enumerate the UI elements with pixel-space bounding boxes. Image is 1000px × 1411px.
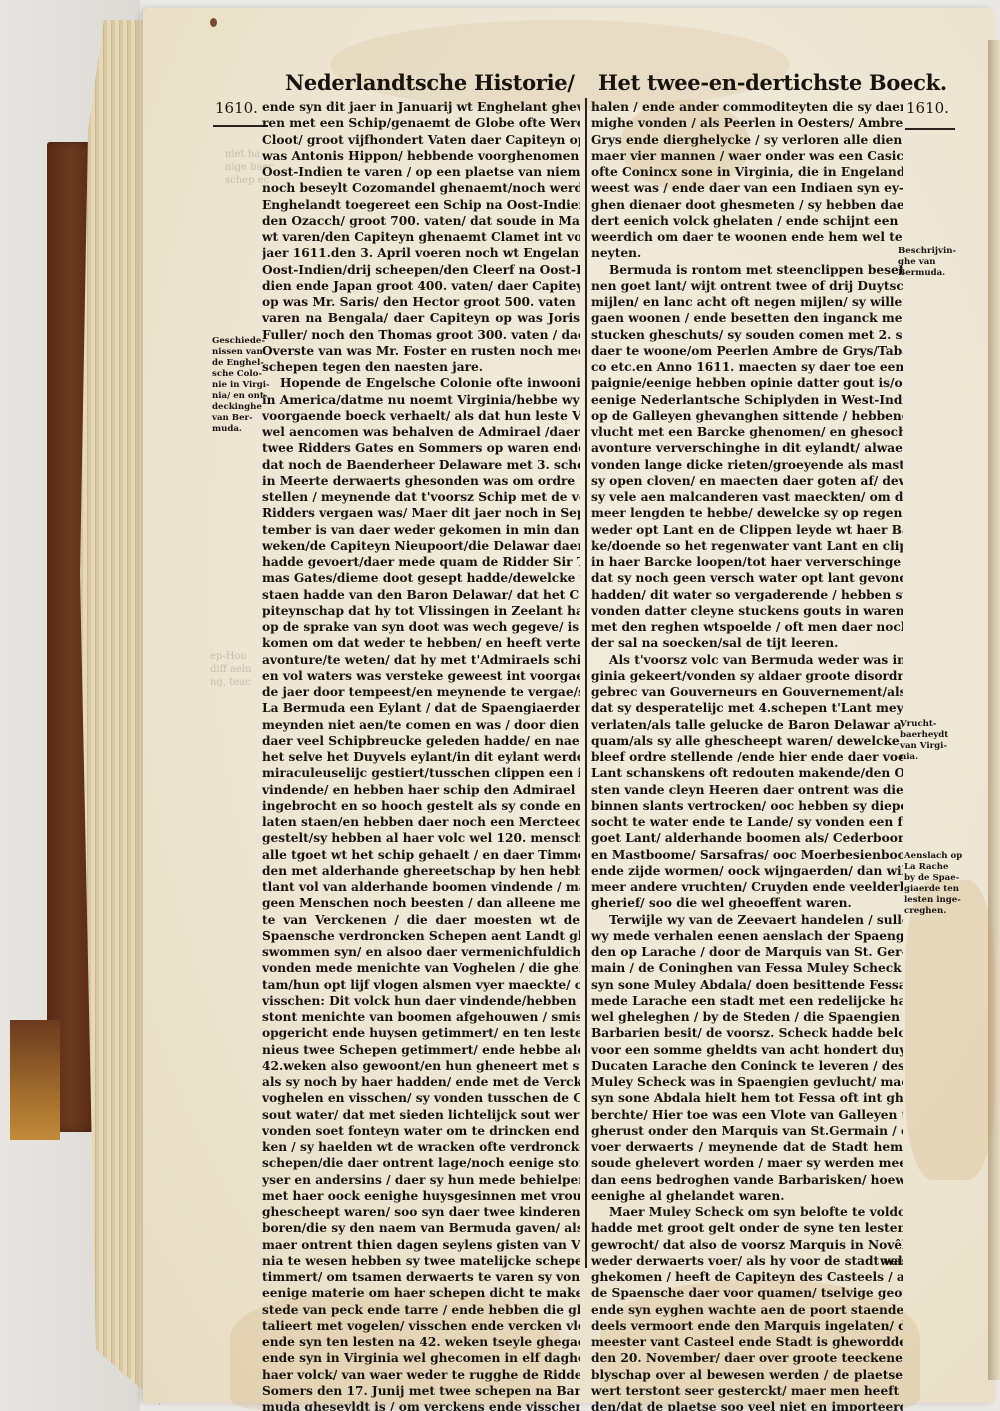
- text-line: haer volck/ van waer weder te rugghe de …: [262, 1367, 580, 1383]
- text-line: schepen tegen den naesten jare.: [262, 359, 580, 375]
- margin-note-line: ghe van: [898, 257, 956, 268]
- text-line: den/dat de plaetse soo veel niet en impo…: [591, 1399, 903, 1411]
- text-line: te van Verckenen / die daer moesten wt d…: [262, 912, 580, 928]
- ink-speck: [210, 18, 217, 27]
- text-line: ren met een Schip/genaemt de Globe ofte …: [262, 115, 580, 131]
- text-line: hadde gevoert/daer mede quam de Ridder S…: [262, 554, 580, 570]
- text-line: co etc.en Anno 1611. maecten sy daer toe…: [591, 359, 903, 375]
- text-line: syn sone Abdala hielt hem tot Fessa oft …: [591, 1090, 903, 1106]
- left-text-column: ende syn dit jaer in Januarij wt Enghela…: [262, 99, 580, 1411]
- text-line: den Ozacch/ groot 700. vaten/ dat soude …: [262, 213, 580, 229]
- text-line: maer vier mannen / waer onder was een Ca…: [591, 148, 903, 164]
- text-line: sout water/ dat met sieden lichtelijck s…: [262, 1107, 580, 1123]
- text-line: Oost-Indien/drij scheepen/den Cleerf na …: [262, 262, 580, 278]
- text-line: noch beseylt Cozomandel ghenaemt/noch we…: [262, 180, 580, 196]
- text-line: goet Lant/ alderhande boomen als/ Cederb…: [591, 830, 903, 846]
- margin-note-line: nie in Virgi-: [212, 380, 270, 391]
- text-line: de Spaensche daer voor quamen/ tselvige …: [591, 1285, 903, 1301]
- text-line: vindende/ en hebben haer schip den Admir…: [262, 782, 580, 798]
- text-line: weder opt Lant en de Clippen leyde wt ha…: [591, 522, 903, 538]
- page-gutter: [988, 40, 1000, 1380]
- text-line: op was Mr. Saris/ den Hector groot 500. …: [262, 294, 580, 310]
- text-line: dat sy noch geen versch water opt lant g…: [591, 570, 903, 586]
- text-line: Spaensche verdroncken Schepen aent Landt…: [262, 928, 580, 944]
- text-line: hadden/ dit water so vergaderende / hebb…: [591, 587, 903, 603]
- text-line: was Antonis Hippon/ hebbende voorghenome…: [262, 148, 580, 164]
- margin-note-line: muda.: [212, 424, 270, 435]
- text-line: tam/hun opt lijf vlogen alsmen vyer maec…: [262, 977, 580, 993]
- year-marker-left: 1610.: [215, 99, 258, 117]
- margin-note-larache-attack: Aenslach opLa Racheby de Spae-giaerde te…: [904, 851, 962, 917]
- text-line: mede Larache een stadt met een redelijck…: [591, 993, 903, 1009]
- text-line: Enghelandt toegereet een Schip na Oost-I…: [262, 197, 580, 213]
- year-marker-right: 1610.: [906, 99, 949, 117]
- text-line: voghelen en visschen/ sy vonden tusschen…: [262, 1090, 580, 1106]
- text-line: talieert met vogelen/ visschen ende verc…: [262, 1318, 580, 1334]
- text-line: hadde met groot gelt onder de syne ten l…: [591, 1220, 903, 1236]
- margin-note-line: by de Spae-: [904, 873, 962, 884]
- text-line: met den reghen wtspoelde / oft men daer …: [591, 619, 903, 635]
- running-head-right: Het twee-en-dertichste Boeck.: [598, 70, 947, 95]
- text-line: wy mede verhalen eenen aenslach der Spae…: [591, 928, 903, 944]
- text-line: wel aencomen was behalven de Admirael /d…: [262, 424, 580, 440]
- margin-note-line: de Enghel-: [212, 358, 270, 369]
- text-line: stucken gheschuts/ sy souden comen met 2…: [591, 327, 903, 343]
- text-line: swommen syn/ en alsoo daer vermenichfuld…: [262, 944, 580, 960]
- text-line: berchte/ Hier toe was een Vlote van Gall…: [591, 1107, 903, 1123]
- text-line: sy open cloven/ en maecten daer goten af…: [591, 473, 903, 489]
- text-line: meer lengden te hebbe/ dewelcke sy op re…: [591, 505, 903, 521]
- text-line: bleef ordre stellende /ende hier ende da…: [591, 749, 903, 765]
- text-line: nieus twee Schepen getimmert/ ende hebbe…: [262, 1042, 580, 1058]
- text-line: mijlen/ en lanc acht oft negen mijlen/ s…: [591, 294, 903, 310]
- text-line: soude ghelevert worden / maer sy werden …: [591, 1155, 903, 1171]
- text-line: alle tgoet wt het schip gehaelt / en dae…: [262, 847, 580, 863]
- text-line: Bermuda is rontom met steenclippen beset…: [591, 262, 903, 278]
- text-line: Fuller/ noch den Thomas groot 300. vaten…: [262, 327, 580, 343]
- margin-note-line: van Ber-: [212, 413, 270, 424]
- text-line: eenighe al ghelandet waren.: [591, 1188, 903, 1204]
- text-line: dert eenich volck ghelaten / ende schijn…: [591, 213, 903, 229]
- text-line: nia te wesen hebben sy twee matelijcke s…: [262, 1253, 580, 1269]
- text-line: gaen woonen / ende besetten den inganck …: [591, 310, 903, 326]
- text-line: yser en andersins / daer sy hun mede beh…: [262, 1172, 580, 1188]
- water-stain: [905, 880, 995, 1180]
- margin-note-line: Beschrijvin-: [898, 246, 956, 257]
- text-line: wert terstont seer gesterckt/ maer men h…: [591, 1383, 903, 1399]
- text-line: blyschap over al bewesen werden / de pla…: [591, 1367, 903, 1383]
- margin-note-bermuda-description: Beschrijvin-ghe vanBermuda.: [898, 246, 956, 279]
- text-line: varen na Bengala/ daer Capiteyn op was J…: [262, 310, 580, 326]
- text-line: in haer Barcke loopen/tot haer verversch…: [591, 554, 903, 570]
- text-line: Barbarien besit/ de voorsz. Scheck hadde…: [591, 1025, 903, 1041]
- text-line: dat sy desperatelijc met 4.schepen t'Lan…: [591, 700, 903, 716]
- text-line: in America/datme nu noemt Virginia/hebbe…: [262, 392, 580, 408]
- text-line: stellen / meynende dat t'voorsz Schip me…: [262, 489, 580, 505]
- text-line: deels vermoort ende den Marquis ingelate…: [591, 1318, 903, 1334]
- binding-corner: [10, 1020, 60, 1140]
- text-line: Lant schanskens oft redouten makende/den…: [591, 765, 903, 781]
- text-line: main / de Coninghen van Fessa Muley Sche…: [591, 960, 903, 976]
- text-line: jaer 1611.den 3. April voeren noch wt En…: [262, 245, 580, 261]
- margin-note-line: nia.: [900, 752, 948, 763]
- text-line: voorgaende boeck verhaelt/ als dat hun l…: [262, 408, 580, 424]
- text-line: voer derwaerts / meynende dat de Stadt h…: [591, 1139, 903, 1155]
- text-line: Grys ende dierghelycke / sy verloren all…: [591, 132, 903, 148]
- text-line: ginia gekeert/vonden sy aldaer groote di…: [591, 668, 903, 684]
- text-line: weken/de Capiteyn Nieupoort/die Delawar …: [262, 538, 580, 554]
- text-line: opgericht ende huysen getimmert/ en ten …: [262, 1025, 580, 1041]
- text-line: timmert/ om tsamen derwaerts te varen sy…: [262, 1269, 580, 1285]
- text-line: Cloot/ groot vijfhondert Vaten daer Capi…: [262, 132, 580, 148]
- margin-note-line: La Rache: [904, 862, 962, 873]
- text-line: als sy noch by haer hadden/ ende met de …: [262, 1074, 580, 1090]
- text-line: piteynschap dat hy tot Vlissingen in Zee…: [262, 603, 580, 619]
- right-text-column: halen / ende ander commoditeyten die sy …: [591, 99, 903, 1411]
- text-line: binnen slants vertrocken/ ooc hebben sy …: [591, 798, 903, 814]
- text-line: muda gheseyldt is / om verckens ende vis…: [262, 1399, 580, 1411]
- text-line: quam/als sy alle ghescheept waren/ dewel…: [591, 733, 903, 749]
- text-line: en vol waters was versteke geweest int v…: [262, 668, 580, 684]
- text-line: vonden soet fonteyn water om te drincken…: [262, 1123, 580, 1139]
- margin-note-line: baerheydt: [900, 730, 948, 741]
- margin-note-line: Bermuda.: [898, 268, 956, 279]
- text-line: nen goet lant/ wijt ontrent twee of drij…: [591, 278, 903, 294]
- text-line: ende syn eyghen wachte aen de poort stae…: [591, 1302, 903, 1318]
- text-line: vonden mede menichte van Voghelen / die …: [262, 960, 580, 976]
- text-line: den 20. November/ daer over groote teeck…: [591, 1350, 903, 1366]
- text-line: Hopende de Engelsche Colonie ofte inwoon…: [262, 375, 580, 391]
- text-line: meester vant Casteel ende Stadt is ghewo…: [591, 1334, 903, 1350]
- text-line: weerdich om daer te woonen ende hem wel …: [591, 229, 903, 245]
- margin-note-virginia-fruitfulness: Vrucht-baerheydtvan Virgi-nia.: [900, 719, 948, 763]
- margin-note-english-colony: Geschiede-nissen vande Enghel-sche Colo-…: [212, 336, 270, 435]
- text-line: twee Ridders Gates en Sommers op waren e…: [262, 440, 580, 456]
- text-line: in Meerte derwaerts ghesonden was om ord…: [262, 473, 580, 489]
- text-line: op de sprake van syn doot was wech gegev…: [262, 619, 580, 635]
- text-line: den met alderhande ghereetschap by hen h…: [262, 863, 580, 879]
- text-line: ende syn in Virginia wel ghecomen in elf…: [262, 1350, 580, 1366]
- text-line: den op Larache / door de Marquis van St.…: [591, 944, 903, 960]
- text-line: ende syn dit jaer in Januarij wt Enghela…: [262, 99, 580, 115]
- text-line: stont menichte van boomen afgehouwen / s…: [262, 1009, 580, 1025]
- text-line: visschen: Dit volck hun daer vindende/he…: [262, 993, 580, 1009]
- text-line: 42.weken also gewoont/en hun gheneert me…: [262, 1058, 580, 1074]
- column-divider: [585, 98, 587, 1268]
- margin-note-line: deckinghe: [212, 402, 270, 413]
- text-line: gebrec van Gouverneurs en Gouvernement/a…: [591, 684, 903, 700]
- header-rule-right: [905, 128, 955, 130]
- text-line: dan eens bedroghen vande Barbarisken/ ho…: [591, 1172, 903, 1188]
- text-line: gherust onder den Marquis van St.Germain…: [591, 1123, 903, 1139]
- text-line: tember is van daer weder gekomen in min …: [262, 522, 580, 538]
- text-line: en Mastboome/ Sarsafras/ ooc Moerbesienb…: [591, 847, 903, 863]
- text-line: Ducaten Larache den Coninck te leveren /…: [591, 1058, 903, 1074]
- catchword: wel: [880, 1254, 903, 1268]
- text-line: mas Gates/dieme doot gesept hadde/dewelc…: [262, 570, 580, 586]
- margin-note-line: nissen van: [212, 347, 270, 358]
- text-line: maer ontrent thien dagen seylens gisten …: [262, 1237, 580, 1253]
- margin-note-line: giaerde ten: [904, 884, 962, 895]
- text-line: de jaer door tempeest/en meynende te ver…: [262, 684, 580, 700]
- text-line: het selve het Duyvels eylant/in dit eyla…: [262, 749, 580, 765]
- text-line: geen Menschen noch beesten / dan alleene…: [262, 895, 580, 911]
- text-line: ghescheept waren/ soo syn daer twee kind…: [262, 1204, 580, 1220]
- text-line: staen hadde van den Baron Delawar/ dat h…: [262, 587, 580, 603]
- text-line: ke/doende so het regenwater vant Lant en…: [591, 538, 903, 554]
- water-stain: [330, 20, 790, 110]
- text-line: wel gheleghen / by de Steden / die Spaen…: [591, 1009, 903, 1025]
- text-line: Muley Scheck was in Spaengien gevlucht/ …: [591, 1074, 903, 1090]
- text-line: Oost-Indien te varen / op een plaetse va…: [262, 164, 580, 180]
- running-head-left: Nederlandtsche Historie/: [285, 70, 575, 95]
- text-line: weest was / ende daer van een Indiaen sy…: [591, 180, 903, 196]
- text-line: gherief/ soo die wel gheoeffent waren.: [591, 895, 903, 911]
- text-line: avonture ververschinghe in dit eylandt/ …: [591, 440, 903, 456]
- text-line: vonden datter cleyne stuckens gouts in w…: [591, 603, 903, 619]
- text-line: ken / sy haelden wt de wracken ofte verd…: [262, 1139, 580, 1155]
- text-line: La Bermuda een Eylant / dat de Spaengiae…: [262, 700, 580, 716]
- text-line: neyten.: [591, 245, 903, 261]
- text-line: ghen dienaer doot ghesmeten / sy hebben …: [591, 197, 903, 213]
- text-line: tlant vol van alderhande boomen vindende…: [262, 879, 580, 895]
- margin-note-line: lesten inge-: [904, 895, 962, 906]
- text-line: gestelt/sy hebben al haer volc wel 120. …: [262, 830, 580, 846]
- text-line: meer andere vruchten/ Cruyden ende veeld…: [591, 879, 903, 895]
- text-line: boren/die sy den naem van Bermuda gaven/…: [262, 1220, 580, 1236]
- text-line: stede van peck ende tarre / ende hebben …: [262, 1302, 580, 1318]
- text-line: op de Galleyen ghevanghen sittende / heb…: [591, 408, 903, 424]
- margin-note-line: nia/ en ont-: [212, 391, 270, 402]
- text-line: sy vele aen malcanderen vast maeckten/ o…: [591, 489, 903, 505]
- text-line: paignie/eenige hebben opinie datter gout…: [591, 375, 903, 391]
- text-line: weder derwaerts voer/ als hy voor de sta…: [591, 1253, 903, 1269]
- text-line: miraculeuselijc gestiert/tusschen clippe…: [262, 765, 580, 781]
- text-line: wt varen/den Capiteyn ghenaemt Clamet in…: [262, 229, 580, 245]
- text-line: socht te water ende te Lande/ sy vonden …: [591, 814, 903, 830]
- text-line: syn sone Muley Abdala/ doen besittende F…: [591, 977, 903, 993]
- text-line: eenige Nederlantsche Schiplyden in West-…: [591, 392, 903, 408]
- text-line: komen om dat weder te hebben/ en heeft v…: [262, 635, 580, 651]
- margin-note-line: Geschiede-: [212, 336, 270, 347]
- text-line: vonden lange dicke rieten/groeyende als …: [591, 457, 903, 473]
- text-line: meynden niet aen/te comen en was / door …: [262, 717, 580, 733]
- text-line: schepen/die daer ontrent lage/noch eenig…: [262, 1155, 580, 1171]
- text-line: ende syn ten lesten na 42. weken tseyle …: [262, 1334, 580, 1350]
- margin-note-line: creghen.: [904, 906, 962, 917]
- text-line: Maer Muley Scheck om syn belofte te vold…: [591, 1204, 903, 1220]
- text-line: laten staen/en hebben daer noch een Merc…: [262, 814, 580, 830]
- text-line: ofte Conincx sone in Virginia, die in En…: [591, 164, 903, 180]
- text-line: daer veel Schipbreucke geleden hadde/ en…: [262, 733, 580, 749]
- text-line: avonture/te weten/ dat hy met t'Admirael…: [262, 652, 580, 668]
- text-line: dien ende Japan groot 400. vaten/ daer C…: [262, 278, 580, 294]
- text-line: mighe vonden / als Peerlen in Oesters/ A…: [591, 115, 903, 131]
- text-line: vlucht met een Barcke ghenomen/ en gheso…: [591, 424, 903, 440]
- text-line: sten vande cleyn Heeren daer ontrent was…: [591, 782, 903, 798]
- text-line: daer te woone/om Peerlen Ambre de Grys/T…: [591, 343, 903, 359]
- text-line: ingebrocht en so hooch gestelt als sy co…: [262, 798, 580, 814]
- text-line: ende zijde wormen/ oock wijngaerden/ dan…: [591, 863, 903, 879]
- text-line: Somers den 17. Junij met twee schepen na…: [262, 1383, 580, 1399]
- text-line: Ridders vergaen was/ Maer dit jaer noch …: [262, 505, 580, 521]
- text-line: dat noch de Baenderheer Delaware met 3. …: [262, 457, 580, 473]
- text-line: Overste van was Mr. Foster en rusten noc…: [262, 343, 580, 359]
- text-line: verlaten/als talle gelucke de Baron Dela…: [591, 717, 903, 733]
- margin-note-line: Vrucht-: [900, 719, 948, 730]
- text-line: Als t'voorsz volc van Bermuda weder was …: [591, 652, 903, 668]
- text-line: ghekomen / heeft de Capiteyn des Casteel…: [591, 1269, 903, 1285]
- text-line: halen / ende ander commoditeyten die sy …: [591, 99, 903, 115]
- margin-note-line: sche Colo-: [212, 369, 270, 380]
- text-line: met haer oock eenighe huysgesinnen met v…: [262, 1188, 580, 1204]
- text-line: der sal na soecken/sal de tijt leeren.: [591, 635, 903, 651]
- text-line: eenige materie om haer schepen dicht te …: [262, 1285, 580, 1301]
- bleed-through-text: ep-Hoodiff aelnng, teac: [210, 650, 251, 689]
- margin-note-line: van Virgi-: [900, 741, 948, 752]
- text-line: gewrocht/ dat also de voorsz Marquis in …: [591, 1237, 903, 1253]
- header-rule-left: [213, 125, 268, 127]
- text-line: Terwijle wy van de Zeevaert handelen / s…: [591, 912, 903, 928]
- margin-note-line: Aenslach op: [904, 851, 962, 862]
- text-line: voor een somme gheldts van acht hondert …: [591, 1042, 903, 1058]
